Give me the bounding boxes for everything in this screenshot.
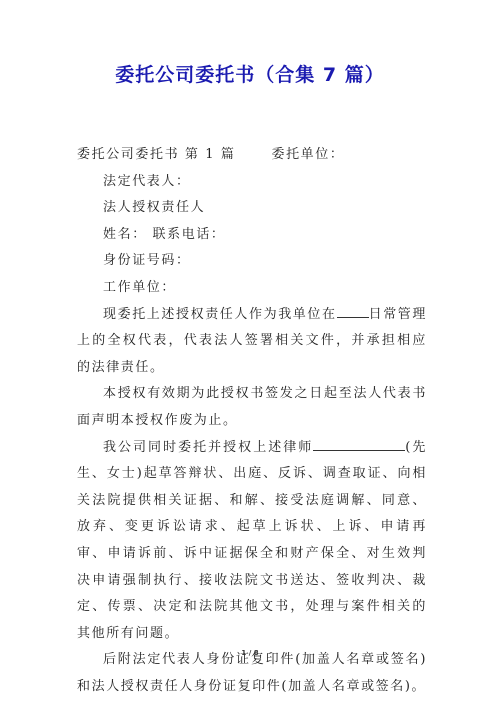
field-authorized-person: 法人授权责任人 (77, 195, 427, 222)
blank-lawyer-name (313, 436, 405, 451)
heading-line: 委托公司委托书 第 1 篇委托单位： (77, 142, 427, 169)
page-number: 1 / 8 (0, 649, 500, 657)
field-id-number: 身份证号码： (77, 248, 427, 275)
section-label: 委托公司委托书 第 1 篇 (77, 147, 235, 162)
field-legal-representative: 法定代表人： (77, 169, 427, 196)
field-principal-unit: 委托单位： (271, 147, 344, 162)
field-workplace: 工作单位： (77, 275, 427, 302)
field-name-phone: 姓名： 联系电话： (77, 222, 427, 249)
document-body: 委托公司委托书 第 1 篇委托单位： 法定代表人： 法人授权责任人 姓名： 联系… (77, 142, 427, 700)
paragraph-lawyer-authorization: 我公司同时委托并授权上述律师(先生、女士)起草答辩状、出庭、反诉、调查取证、向相… (77, 435, 427, 648)
blank-fill-line (337, 303, 369, 318)
document-title: 委托公司委托书（合集 7 篇） (0, 60, 500, 87)
paragraph-authorization: 现委托上述授权责任人作为我单位在日常管理上的全权代表，代表法人签署相关文件，并承… (77, 302, 427, 382)
paragraph-validity: 本授权有效期为此授权书签发之日起至法人代表书面声明本授权作废为止。 (77, 381, 427, 434)
